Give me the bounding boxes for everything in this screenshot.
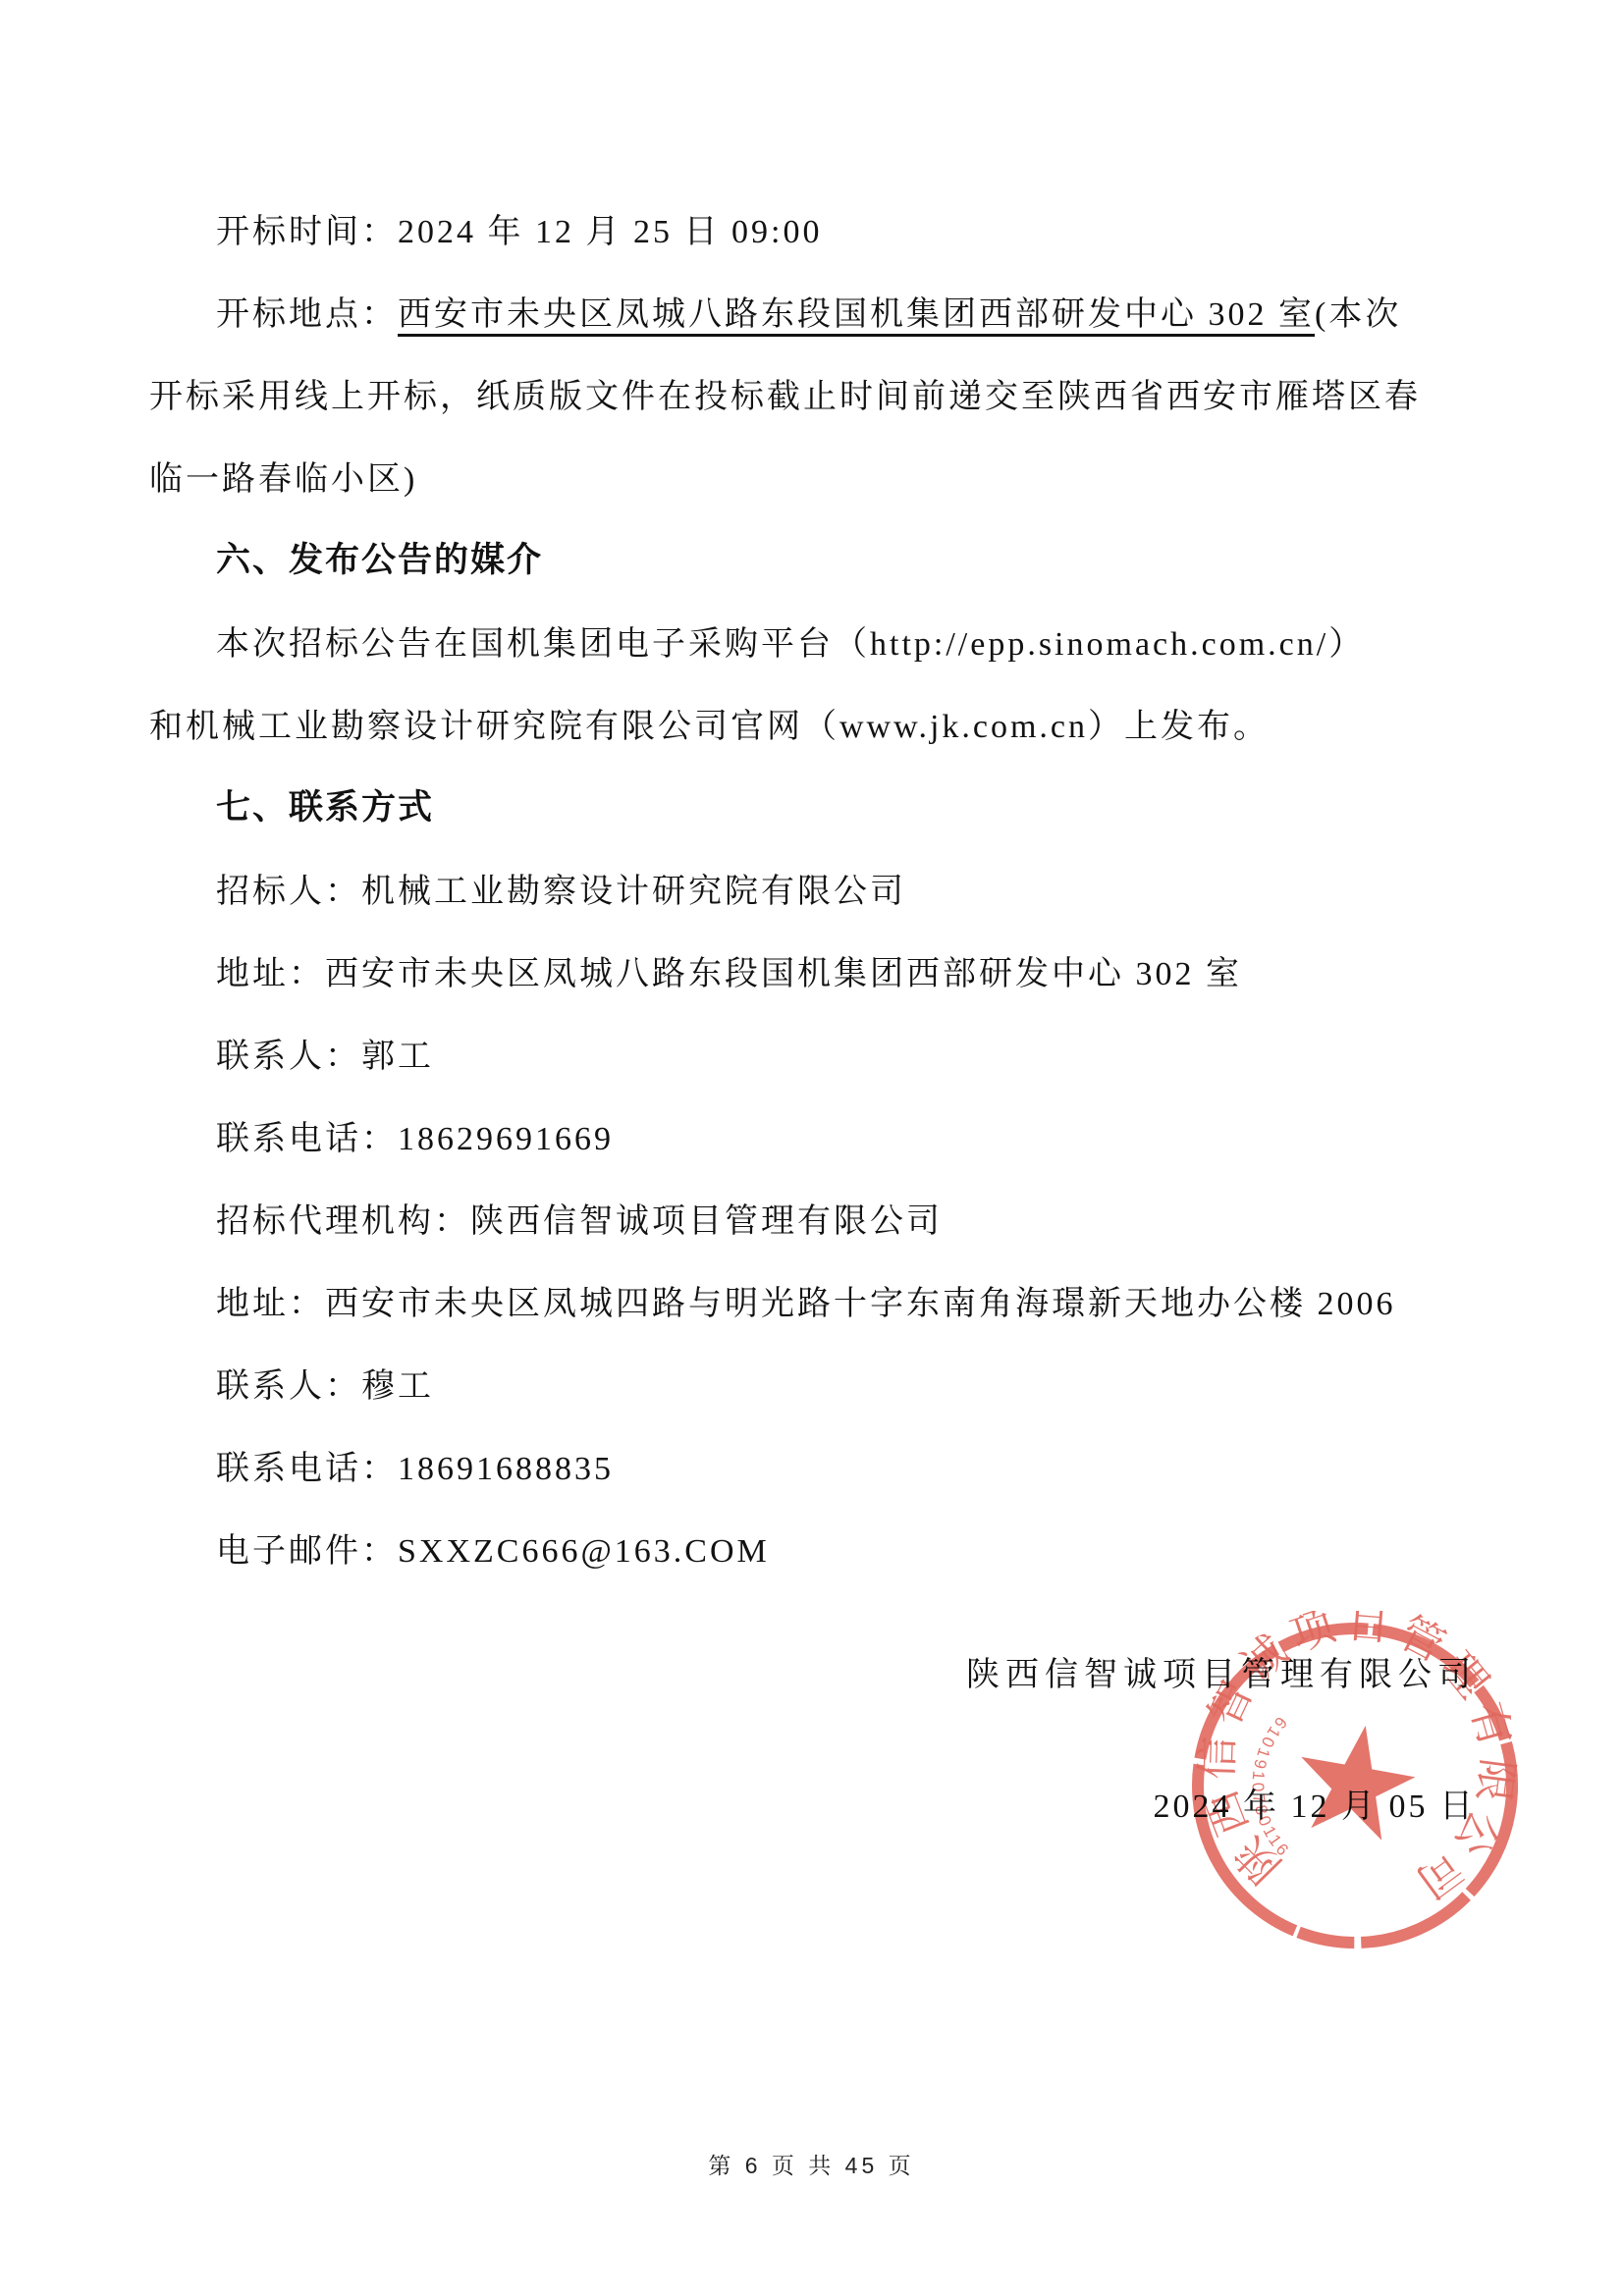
text-segment: 六、发布公告的媒介 bbox=[216, 533, 543, 582]
document-line-14: 地址：西安市未央区凤城四路与明光路十字东南角海璟新天地办公楼 2006 bbox=[149, 1258, 1477, 1341]
text-segment: 西安市未央区凤城八路东段国机集团西部研发中心 302 室 bbox=[398, 287, 1315, 335]
text-segment: 电子邮件：SXXZC666@163.COM bbox=[216, 1523, 770, 1572]
document-line-3: 开标采用线上开标，纸质版文件在投标截止时间前递交至陕西省西安市雁塔区春 bbox=[149, 351, 1477, 434]
document-line-9: 招标人：机械工业勘察设计研究院有限公司 bbox=[149, 846, 1477, 929]
document-line-13: 招标代理机构：陕西信智诚项目管理有限公司 bbox=[149, 1176, 1477, 1258]
text-segment: 联系人：穆工 bbox=[216, 1359, 434, 1407]
document-line-11: 联系人：郭工 bbox=[149, 1011, 1477, 1094]
text-segment: 本次招标公告在国机集团电子采购平台（http://epp.sinomach.co… bbox=[216, 616, 1365, 665]
text-segment: 联系电话：18629691669 bbox=[216, 1111, 614, 1159]
page-number: 第 6 页 共 45 页 bbox=[0, 2148, 1623, 2180]
text-segment: 七、联系方式 bbox=[216, 780, 434, 829]
document-page: 开标时间：2024 年 12 月 25 日 09:00开标地点： 西安市未央区凤… bbox=[0, 0, 1623, 2296]
text-segment: 和机械工业勘察设计研究院有限公司官网（www.jk.com.cn）上发布。 bbox=[149, 699, 1270, 747]
document-line-12: 联系电话：18629691669 bbox=[149, 1094, 1477, 1176]
text-segment: 开标采用线上开标，纸质版文件在投标截止时间前递交至陕西省西安市雁塔区春 bbox=[149, 369, 1421, 417]
text-segment: 招标代理机构：陕西信智诚项目管理有限公司 bbox=[216, 1194, 943, 1242]
text-segment: 地址：西安市未央区凤城四路与明光路十字东南角海璟新天地办公楼 2006 bbox=[216, 1276, 1396, 1324]
document-line-8: 七、联系方式 bbox=[149, 764, 1477, 846]
document-line-1: 开标时间：2024 年 12 月 25 日 09:00 bbox=[149, 187, 1477, 269]
signature-company-name: 陕西信智诚项目管理有限公司 bbox=[966, 1647, 1477, 1695]
document-body: 开标时间：2024 年 12 月 25 日 09:00开标地点： 西安市未央区凤… bbox=[149, 187, 1477, 1588]
document-line-10: 地址：西安市未央区凤城八路东段国机集团西部研发中心 302 室 bbox=[149, 929, 1477, 1011]
text-segment: (本次 bbox=[1315, 287, 1401, 335]
text-segment: 联系电话：18691688835 bbox=[216, 1441, 614, 1489]
document-line-2: 开标地点： 西安市未央区凤城八路东段国机集团西部研发中心 302 室(本次 bbox=[149, 269, 1477, 351]
signature-date: 2024 年 12 月 05 日 bbox=[1154, 1779, 1477, 1827]
text-segment: 开标地点： bbox=[216, 287, 398, 335]
document-line-5: 六、发布公告的媒介 bbox=[149, 516, 1477, 599]
text-segment: 临一路春临小区) bbox=[149, 452, 417, 500]
document-line-7: 和机械工业勘察设计研究院有限公司官网（www.jk.com.cn）上发布。 bbox=[149, 681, 1477, 764]
text-segment: 地址：西安市未央区凤城八路东段国机集团西部研发中心 302 室 bbox=[216, 946, 1242, 994]
document-line-17: 电子邮件：SXXZC666@163.COM bbox=[149, 1506, 1477, 1588]
document-line-15: 联系人：穆工 bbox=[149, 1341, 1477, 1423]
text-segment: 开标时间：2024 年 12 月 25 日 09:00 bbox=[216, 204, 822, 252]
text-segment: 招标人：机械工业勘察设计研究院有限公司 bbox=[216, 864, 906, 912]
document-line-16: 联系电话：18691688835 bbox=[149, 1423, 1477, 1506]
document-line-4: 临一路春临小区) bbox=[149, 434, 1477, 516]
text-segment: 联系人：郭工 bbox=[216, 1029, 434, 1077]
document-line-6: 本次招标公告在国机集团电子采购平台（http://epp.sinomach.co… bbox=[149, 599, 1477, 681]
